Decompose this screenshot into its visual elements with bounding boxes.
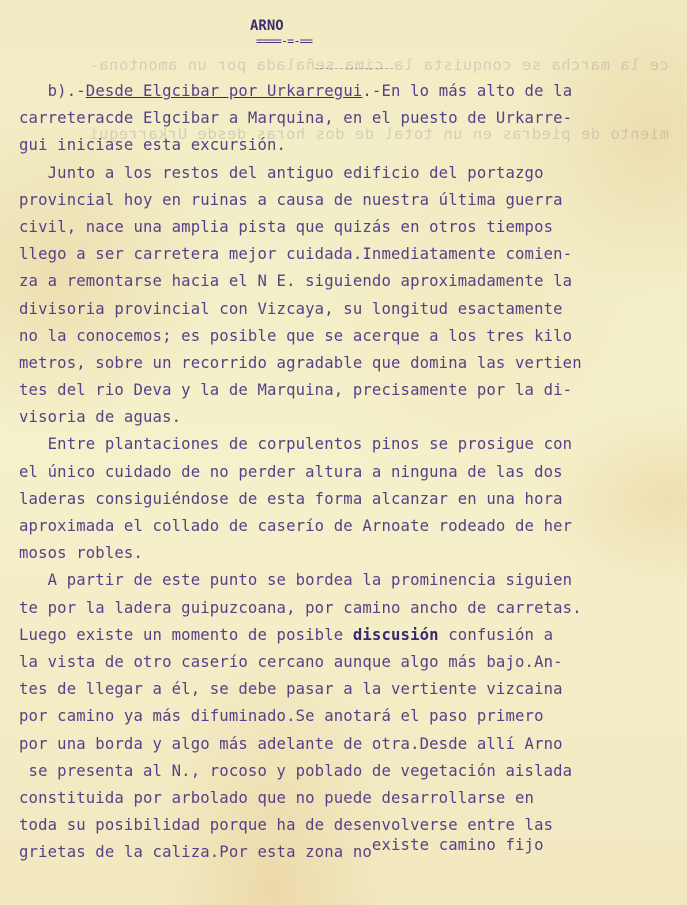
line-text: aproximada el collado de caserío de Arno… bbox=[19, 517, 572, 535]
line-text: laderas consiguiéndose de esta forma alc… bbox=[19, 490, 563, 508]
line-text: constituida por arbolado que no puede de… bbox=[19, 789, 534, 807]
text-line: Luego existe un momento de posible discu… bbox=[19, 622, 687, 649]
text-line: no la conocemos; es posible que se acerq… bbox=[19, 323, 687, 350]
line-text: la vista de otro caserío cercano aunque … bbox=[19, 653, 563, 671]
line-text: toda su posibilidad porque ha de desenvo… bbox=[19, 816, 553, 834]
text-line: visoria de aguas. bbox=[19, 404, 687, 431]
text-line: b).-Desde Elgcibar por Urkarregui.-En lo… bbox=[19, 78, 687, 105]
line-text: metros, sobre un recorrido agradable que… bbox=[19, 354, 582, 372]
line-text: Luego existe un momento de posible bbox=[19, 626, 353, 644]
line-text: grietas de la caliza.Por esta zona no bbox=[19, 843, 372, 861]
line-text: llego a ser carretera mejor cuidada.Inme… bbox=[19, 245, 572, 263]
text-line: Entre plantaciones de corpulentos pinos … bbox=[19, 431, 687, 458]
bleed-line: ce la marcha se conquista la cima señala… bbox=[0, 54, 669, 77]
text-line: constituida por arbolado que no puede de… bbox=[19, 785, 687, 812]
line-text: za a remontarse hacia el N E. siguiendo … bbox=[19, 272, 572, 290]
line-text: civil, nace una amplia pista que quizás … bbox=[19, 218, 553, 236]
line-text: carreteracde Elgcibar a Marquina, en el … bbox=[19, 109, 572, 127]
line-text: confusión a bbox=[439, 626, 553, 644]
line-text: tes del rio Deva y la de Marquina, preci… bbox=[19, 381, 572, 399]
text-line: laderas consiguiéndose de esta forma alc… bbox=[19, 486, 687, 513]
text-line: A partir de este punto se bordea la prom… bbox=[19, 567, 687, 594]
text-line: divisoria provincial con Vizcaya, su lon… bbox=[19, 296, 687, 323]
line-text: no la conocemos; es posible que se acerq… bbox=[19, 327, 572, 345]
line-text: mosos robles. bbox=[19, 544, 143, 562]
line-text: el único cuidado de no perder altura a n… bbox=[19, 463, 563, 481]
text-line: gui iniciase esta excursión. bbox=[19, 132, 687, 159]
text-line: metros, sobre un recorrido agradable que… bbox=[19, 350, 687, 377]
line-text: divisoria provincial con Vizcaya, su lon… bbox=[19, 300, 563, 318]
text-line: tes de llegar a él, se debe pasar a la v… bbox=[19, 676, 687, 703]
text-line: za a remontarse hacia el N E. siguiendo … bbox=[19, 268, 687, 295]
text-line: aproximada el collado de caserío de Arno… bbox=[19, 513, 687, 540]
text-line: el único cuidado de no perder altura a n… bbox=[19, 459, 687, 486]
text-line: te por la ladera guipuzcoana, por camino… bbox=[19, 595, 687, 622]
line-text: .-En lo más alto de la bbox=[362, 82, 572, 100]
line-text: tes de llegar a él, se debe pasar a la v… bbox=[19, 680, 563, 698]
text-line: carreteracde Elgcibar a Marquina, en el … bbox=[19, 105, 687, 132]
text-line: mosos robles. bbox=[19, 540, 687, 567]
text-line: la vista de otro caserío cercano aunque … bbox=[19, 649, 687, 676]
raised-text: existe camino fijo bbox=[372, 836, 544, 854]
document-body: b).-Desde Elgcibar por Urkarregui.-En lo… bbox=[19, 78, 687, 866]
line-text: por una borda y algo más adelante de otr… bbox=[19, 735, 563, 753]
line-text: visoria de aguas. bbox=[19, 408, 181, 426]
text-line: por camino ya más difuminado.Se anotará … bbox=[19, 703, 687, 730]
line-text: te por la ladera guipuzcoana, por camino… bbox=[19, 599, 582, 617]
line-text: Junto a los restos del antiguo edificio … bbox=[19, 164, 544, 182]
line-text: Entre plantaciones de corpulentos pinos … bbox=[19, 435, 572, 453]
line-text: gui iniciase esta excursión. bbox=[19, 136, 286, 154]
text-line: por una borda y algo más adelante de otr… bbox=[19, 731, 687, 758]
line-text: por camino ya más difuminado.Se anotará … bbox=[19, 707, 544, 725]
separator-line bbox=[315, 68, 393, 69]
line-text: se presenta al N., rocoso y poblado de v… bbox=[19, 762, 572, 780]
text-line: civil, nace una amplia pista que quizás … bbox=[19, 214, 687, 241]
section-heading: Desde Elgcibar por Urkarregui bbox=[86, 82, 363, 100]
title-underline: ====-=-== bbox=[256, 34, 312, 48]
struck-word: discusión bbox=[353, 626, 439, 644]
text-line: provincial hoy en ruinas a causa de nues… bbox=[19, 187, 687, 214]
document-title: ARNO bbox=[250, 18, 284, 34]
text-line: se presenta al N., rocoso y poblado de v… bbox=[19, 758, 687, 785]
line-text: A partir de este punto se bordea la prom… bbox=[19, 571, 572, 589]
line-text: provincial hoy en ruinas a causa de nues… bbox=[19, 191, 563, 209]
text-line: Junto a los restos del antiguo edificio … bbox=[19, 160, 687, 187]
text-line: grietas de la caliza.Por esta zona noexi… bbox=[19, 839, 687, 866]
line-text: b).- bbox=[19, 82, 86, 100]
text-line: llego a ser carretera mejor cuidada.Inme… bbox=[19, 241, 687, 268]
text-line: tes del rio Deva y la de Marquina, preci… bbox=[19, 377, 687, 404]
text-line: toda su posibilidad porque ha de desenvo… bbox=[19, 812, 687, 839]
